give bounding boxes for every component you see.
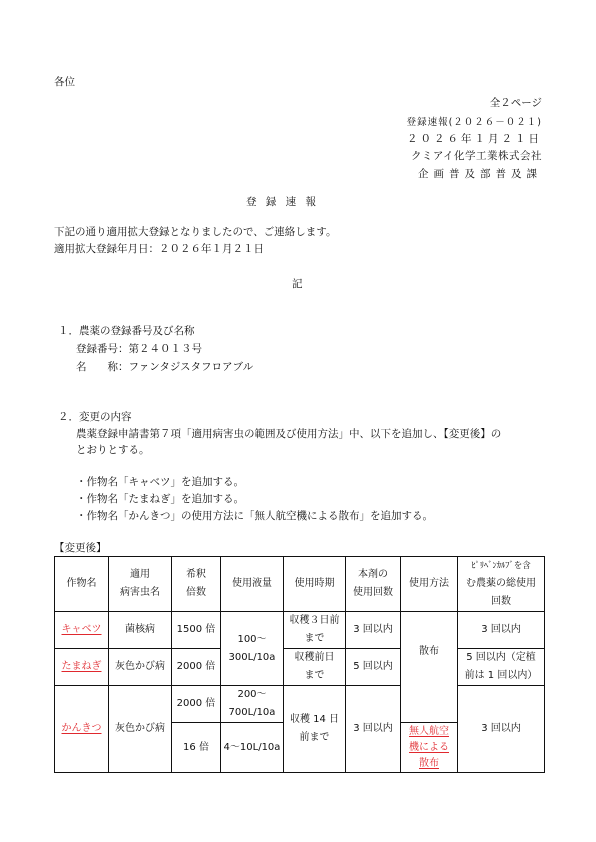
table-row: かんきつ 灰色かび病 2000 倍 200～700L/10a 収穫 14 日前ま… xyxy=(55,686,545,723)
intro-line-1: 下記の通り適用拡大登録となりましたので、ご連絡します。 xyxy=(54,224,336,239)
header-pest: 適用病害虫名 xyxy=(109,557,172,612)
bullet-item: ・作物名「たまねぎ」を追加する。 xyxy=(76,491,244,506)
pest: 灰色かび病 xyxy=(109,649,172,686)
table-row: キャベツ 菌核病 1500 倍 100～300L/10a 収穫３日前まで 3 回… xyxy=(55,612,545,649)
ki-heading: 記 xyxy=(292,276,303,291)
section2-heading: ２．変更の内容 xyxy=(58,409,132,424)
product-name: 名 称：ファンタジスタフロアブル xyxy=(76,359,253,374)
section2-desc-1: 農薬登録申請書第７項「適用病害虫の範囲及び使用方法」中、以下を追加し、【変更後】… xyxy=(76,426,501,441)
table-caption: 【変更後】 xyxy=(54,540,107,555)
section1-heading: １．農薬の登録番号及び名称 xyxy=(58,323,195,338)
volume: 200～700L/10a xyxy=(221,686,284,723)
issue-date: ２０２６年１月２１日 xyxy=(407,131,542,146)
timing: 収穫 14 日前まで xyxy=(284,686,346,773)
dilution: 2000 倍 xyxy=(172,649,221,686)
header-total: ﾋﾟﾘﾍﾞﾝｶﾙﾌﾞを含む農薬の総使用回数 xyxy=(458,557,545,612)
count: 3 回以内 xyxy=(346,612,401,649)
method: 散布 xyxy=(401,612,458,723)
header-volume: 使用液量 xyxy=(221,557,284,612)
department: 企画普及部普及課 xyxy=(418,166,542,181)
intro-line-2: 適用拡大登録年月日：２０２６年１月２１日 xyxy=(54,241,264,256)
pest: 灰色かび病 xyxy=(109,686,172,773)
crop-citrus: かんきつ xyxy=(55,686,109,773)
header-crop: 作物名 xyxy=(55,557,109,612)
bullet-item: ・作物名「かんきつ」の使用方法に「無人航空機による散布」を追加する。 xyxy=(76,508,433,523)
crop-onion: たまねぎ xyxy=(55,649,109,686)
volume: 4～10L/10a xyxy=(221,723,284,773)
registration-number: 登録番号：第２４０１３号 xyxy=(76,341,202,356)
timing: 収穫前日まで xyxy=(284,649,346,686)
header-timing: 使用時期 xyxy=(284,557,346,612)
bulletin-number: 登録速報(２０２６－０２１) xyxy=(407,114,542,128)
total: 5 回以内（定植前は 1 回以内） xyxy=(458,649,545,686)
method-drone: 無人航空機による散布 xyxy=(401,723,458,773)
dilution: 1500 倍 xyxy=(172,612,221,649)
total: 3 回以内 xyxy=(458,686,545,773)
table-row: たまねぎ 灰色かび病 2000 倍 収穫前日まで 5 回以内 5 回以内（定植前… xyxy=(55,649,545,686)
timing: 収穫３日前まで xyxy=(284,612,346,649)
dilution: 2000 倍 xyxy=(172,686,221,723)
header-count: 本剤の使用回数 xyxy=(346,557,401,612)
header-method: 使用方法 xyxy=(401,557,458,612)
company-name: クミアイ化学工業株式会社 xyxy=(411,148,542,163)
table-header-row: 作物名 適用病害虫名 希釈倍数 使用液量 使用時期 本剤の使用回数 使用方法 ﾋ… xyxy=(55,557,545,612)
count: 3 回以内 xyxy=(346,686,401,773)
crop-cabbage: キャベツ xyxy=(55,612,109,649)
bullet-item: ・作物名「キャベツ」を追加する。 xyxy=(76,474,244,489)
volume: 100～300L/10a xyxy=(221,612,284,686)
dilution: 16 倍 xyxy=(172,723,221,773)
document-title: 登 録 速 報 xyxy=(246,194,319,209)
total: 3 回以内 xyxy=(458,612,545,649)
header-dilution: 希釈倍数 xyxy=(172,557,221,612)
addressee: 各位 xyxy=(54,74,75,89)
registration-table: 作物名 適用病害虫名 希釈倍数 使用液量 使用時期 本剤の使用回数 使用方法 ﾋ… xyxy=(54,556,545,773)
page-count: 全２ページ xyxy=(490,95,542,110)
count: 5 回以内 xyxy=(346,649,401,686)
pest: 菌核病 xyxy=(109,612,172,649)
section2-desc-2: とおりとする。 xyxy=(76,442,150,457)
